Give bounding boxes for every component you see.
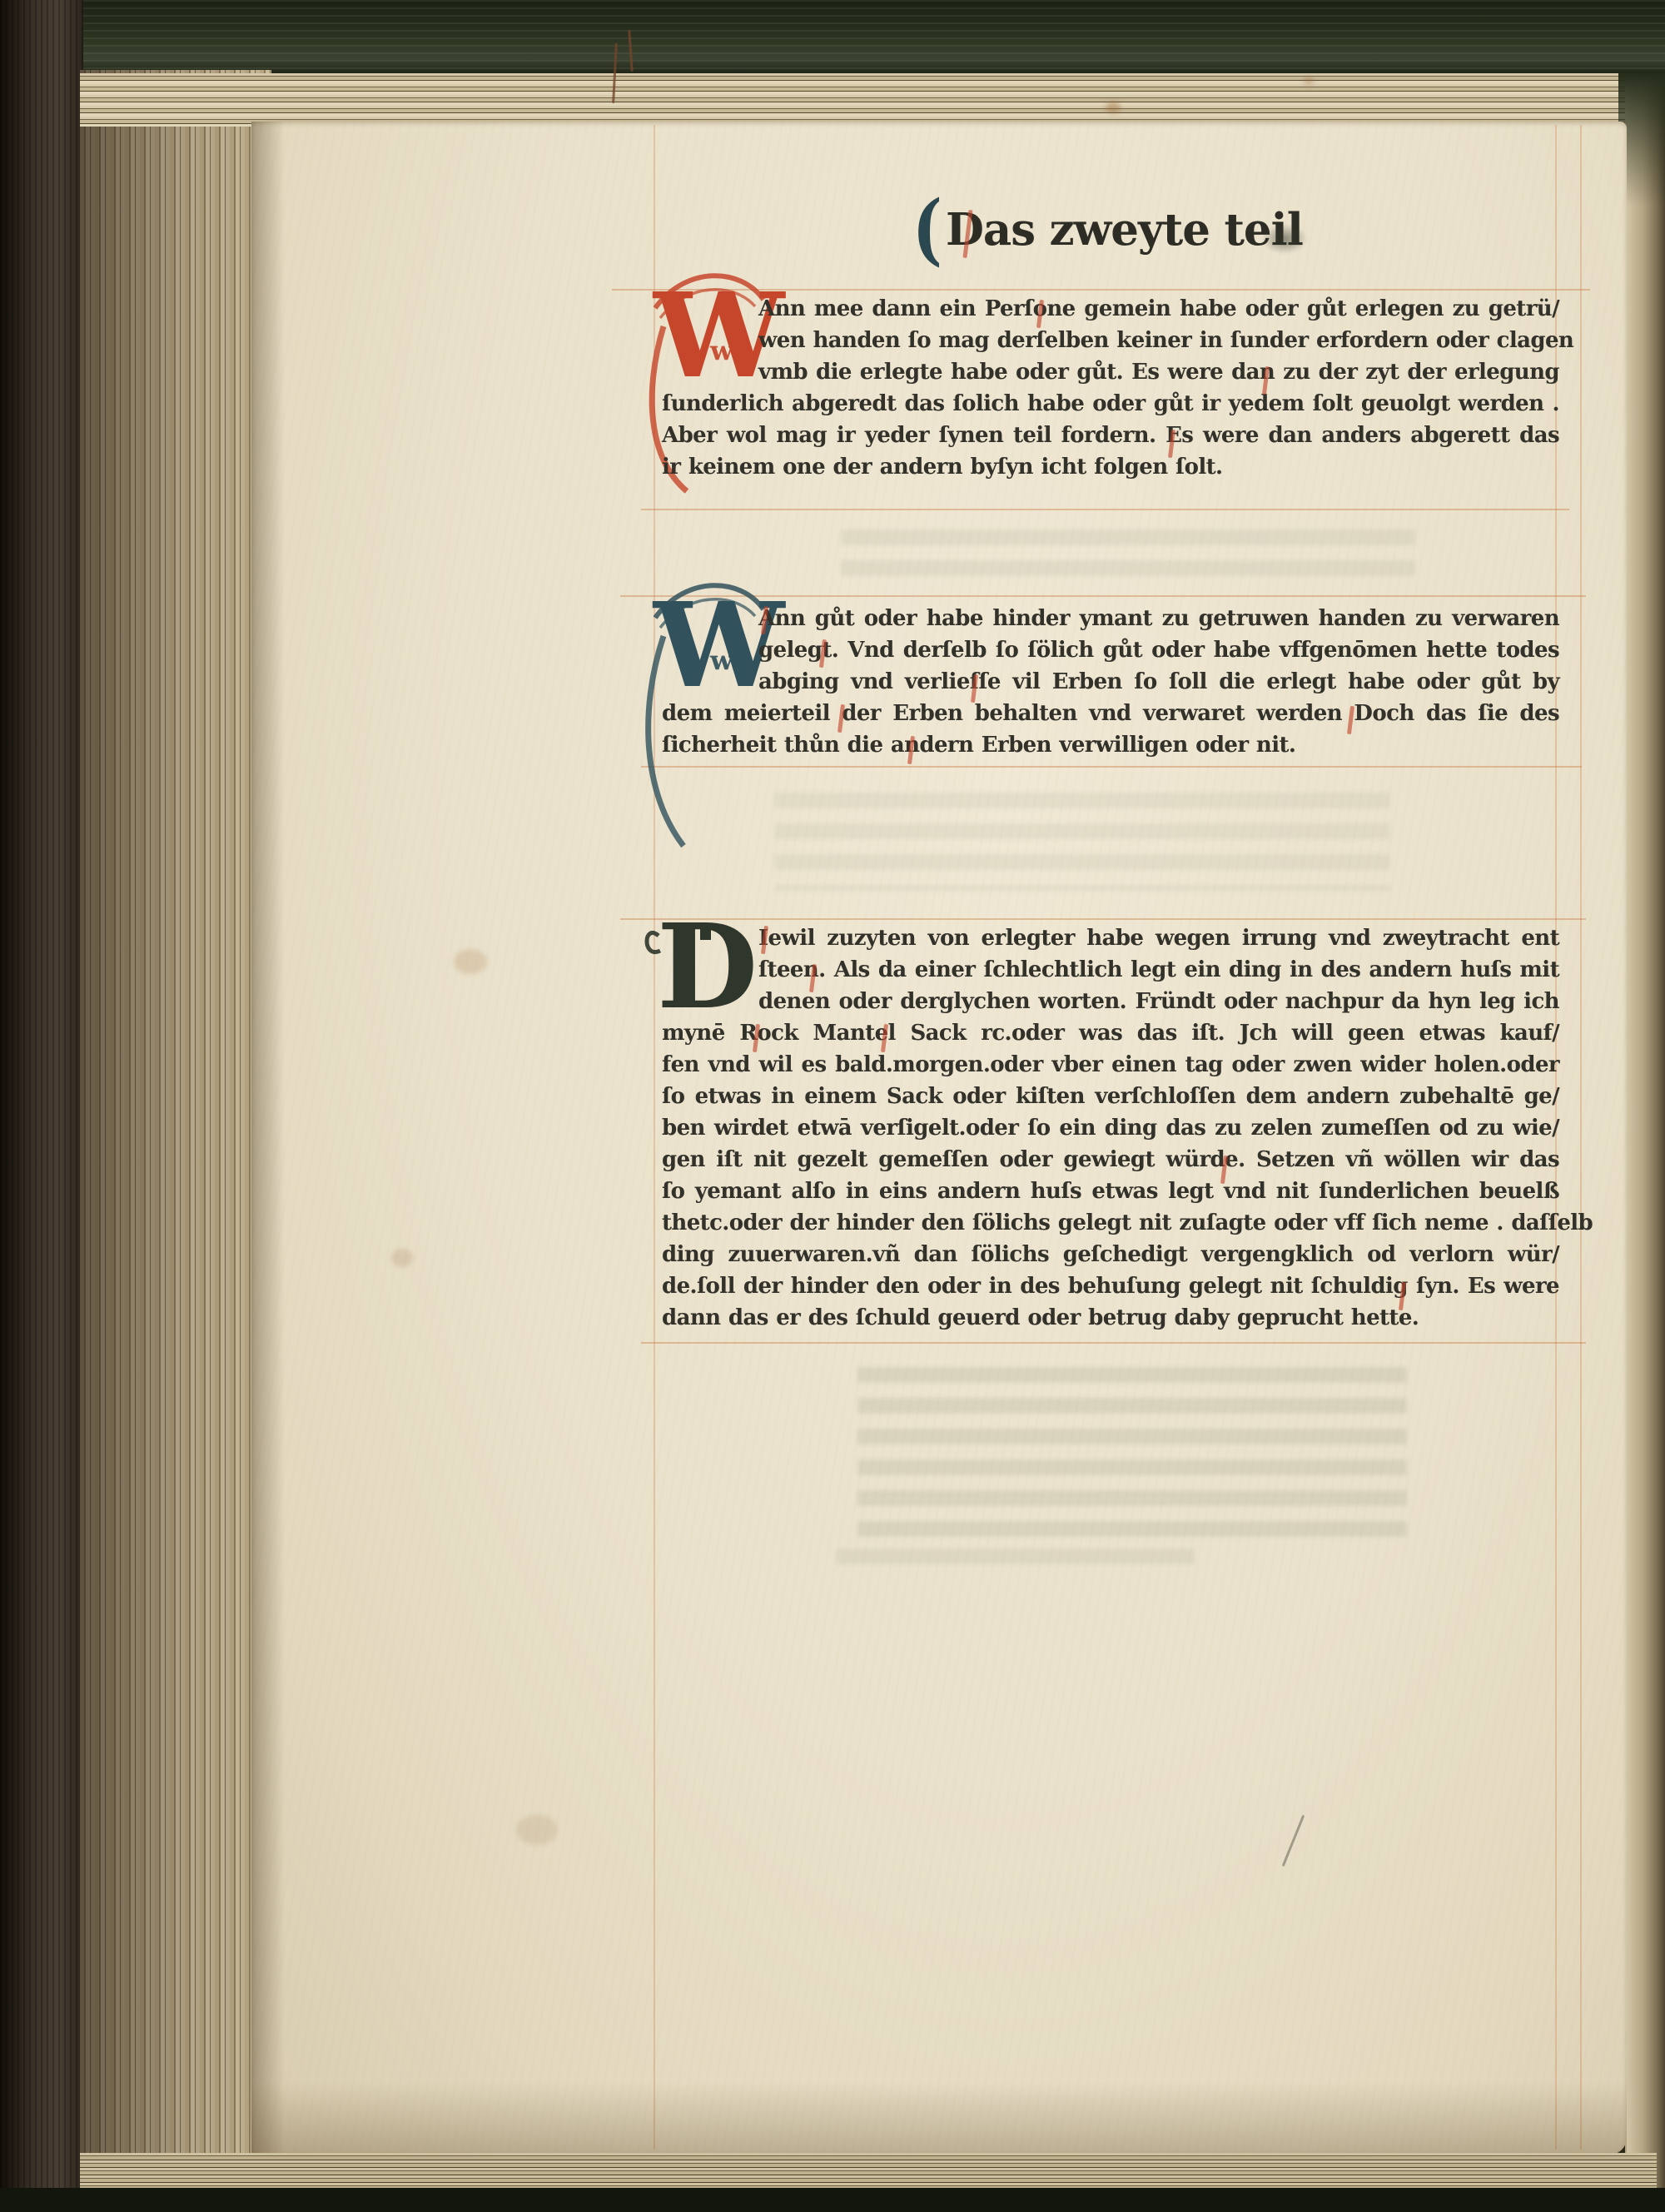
foxing-spot [454, 949, 487, 974]
rule-horizontal-2 [641, 509, 1569, 510]
text-line: mynē Rock Mantel Sack rc.oder was das iſ… [662, 1017, 1559, 1049]
page-bottom-shadow [251, 2081, 1627, 2155]
paragraph-2: W w Ann gůt oder habe hinder ymant zu ge… [662, 603, 1559, 761]
rule-horizontal-5 [620, 918, 1586, 920]
foxing-spot [1106, 102, 1121, 113]
section-heading: (Das zweyte teil [912, 198, 1303, 270]
text-line: Iewil zuzyten von erlegter habe wegen ir… [662, 922, 1559, 954]
initial-letter-blue: W w [662, 603, 758, 698]
rule-horizontal-6 [641, 1342, 1586, 1344]
text-line: vmb die erlegte habe oder gůt. Es were d… [662, 356, 1559, 388]
text-line: ſo etwas in einem Sack oder kiſten verſc… [662, 1081, 1559, 1112]
book-photograph: (Das zweyte teil W w Ann mee dann ein Pe… [0, 0, 1665, 2212]
book-top-edge [0, 0, 1665, 75]
text-line: gelegt. Vnd derſelb ſo ſölich gůt oder h… [662, 634, 1559, 666]
text-line: ſicherheit thůn die andern Erben verwill… [662, 729, 1559, 761]
ink-smudge [1253, 218, 1316, 260]
text-line: thetc.oder der hinder den ſölichs gelegt… [662, 1207, 1559, 1239]
showthrough-block [774, 793, 1390, 891]
page-stack-bottom [80, 2153, 1657, 2193]
text-line: ſo yemant alſo in eins andern huſs etwas… [662, 1176, 1559, 1207]
guide-letter: w [709, 335, 734, 366]
text-line: ding zuuerwaren.vñ dan ſölichs geſchedig… [662, 1239, 1559, 1270]
initial-glyph: D [657, 899, 758, 1036]
text-line: dann das er des ſchuld geuerd oder betru… [662, 1302, 1559, 1334]
foxing-spot [516, 1815, 558, 1845]
text-line: ir keinem one der andern byſyn icht folg… [662, 451, 1559, 483]
page-stack-top [80, 73, 1665, 127]
text-line: Ann mee dann ein Perſone gemein habe ode… [662, 293, 1559, 325]
guide-letter: w [709, 644, 734, 676]
heading-title: Das zweyte teil [946, 198, 1303, 261]
text-line: ben wirdet etwā verſigelt.oder ſo ein di… [662, 1112, 1559, 1144]
paragraph-3: D Iewil zuzyten von erlegter habe wegen … [662, 922, 1559, 1334]
text-line: denen oder derglychen worten. Fründt ode… [662, 986, 1559, 1017]
text-line: abging vnd verlieſſe vil Erben ſo ſoll d… [662, 666, 1559, 698]
foxing-spot [1304, 77, 1314, 85]
showthrough-block [857, 1367, 1407, 1545]
text-line: fen vnd wil es bald.morgen.oder vber ein… [662, 1049, 1559, 1081]
binding-leather [0, 0, 83, 2212]
paragraph-mark-icon: ( [912, 194, 942, 265]
page-stack-right [1625, 73, 1665, 2192]
initial-letter-red: W w [662, 293, 758, 388]
showthrough-block [837, 1548, 1195, 1573]
text-line: ſteen. Als da einer ſchlechtlich legt ei… [662, 954, 1559, 986]
foxing-spot [391, 1249, 413, 1267]
page-stack-left [80, 70, 271, 2212]
text-line: wen handen ſo mag derſelben keiner in ſu… [662, 325, 1559, 356]
text-line: de.ſoll der hinder den oder in des behuſ… [662, 1270, 1559, 1302]
showthrough-block [841, 529, 1415, 589]
text-line: gen iſt nit gezelt gemeſſen oder gewiegt… [662, 1144, 1559, 1176]
text-line: Ann gůt oder habe hinder ymant zu getruw… [662, 603, 1559, 634]
rule-vertical-right-outer [1580, 125, 1582, 2150]
initial-letter-black: D [662, 922, 758, 1017]
rule-horizontal-4 [641, 766, 1582, 768]
text-line: Aber wol mag ir yeder ſynen teil fordern… [662, 420, 1559, 451]
text-line: dem meierteil der Erben behalten vnd ver… [662, 698, 1559, 729]
paragraph-1: W w Ann mee dann ein Perſone gemein habe… [662, 293, 1559, 483]
text-line: ſunderlich abgeredt das ſolich habe oder… [662, 388, 1559, 420]
gutter-shadow [251, 122, 285, 2155]
book-bottom-edge [0, 2188, 1665, 2212]
